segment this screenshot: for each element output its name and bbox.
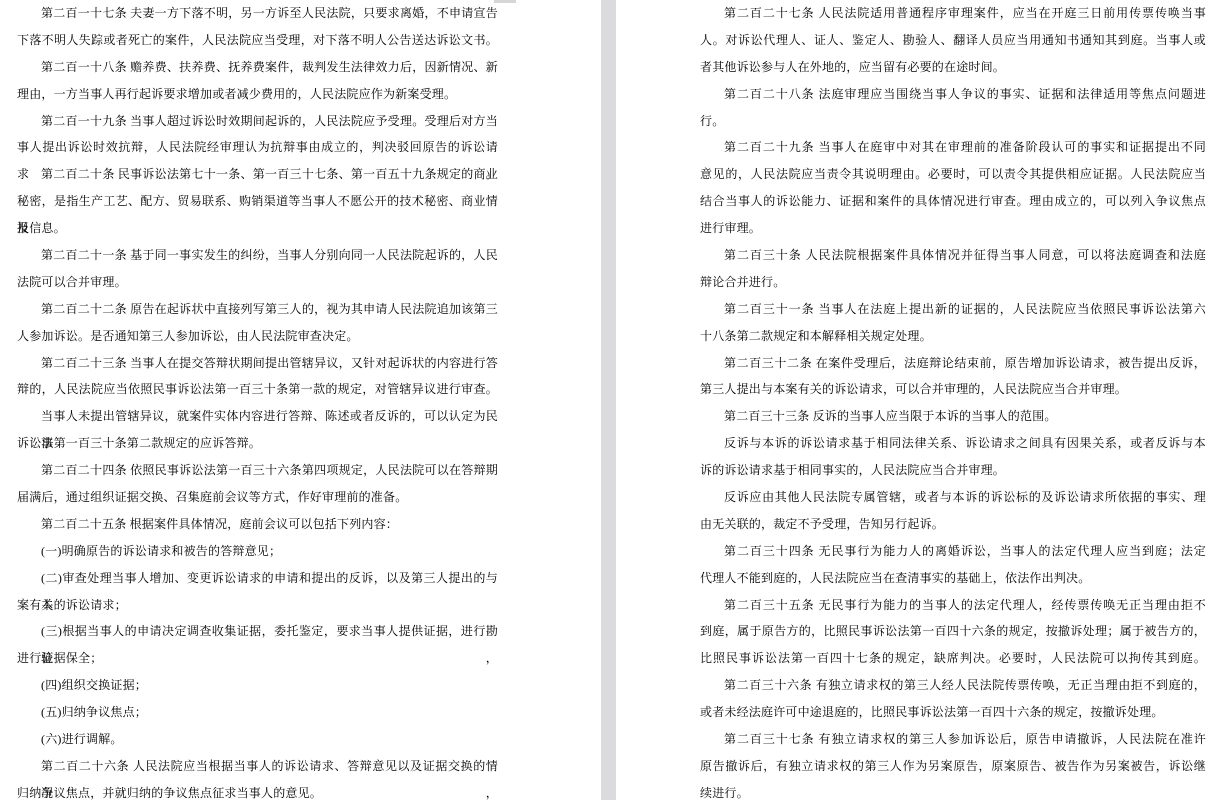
text-line: 第二百三十三条 反诉的当事人应当限于本诉的当事人的范围。 xyxy=(700,403,1206,430)
text-line: (四)组织交换证据； xyxy=(17,672,498,699)
text-line: 第二百二十七条 人民法院适用普通程序审理案件，应当在开庭三日前用传票传唤当事 xyxy=(700,0,1206,27)
text-line: 诉讼法第一百三十条第二款规定的应诉答辩。 xyxy=(17,430,498,457)
page-left-text-column: 第二百一十七条 夫妻一方下落不明，另一方诉至人民法院，只要求离婚，不申请宣告下落… xyxy=(17,0,498,800)
text-line: 意见的，人民法院应当责令其说明理由。必要时，可以责令其提供相应证据。人民法院应当 xyxy=(700,161,1206,188)
text-line: 原告撤诉后，有独立请求权的第三人作为另案原告，原案原告、被告作为另案被告，诉讼继 xyxy=(700,753,1206,780)
text-line: 第二百三十条 人民法院根据案件具体情况并征得当事人同意，可以将法庭调查和法庭 xyxy=(700,242,1206,269)
text-line: (一)明确原告的诉讼请求和被告的答辩意见； xyxy=(17,538,498,565)
ui-fragment-top xyxy=(494,0,516,3)
text-line: 比照民事诉讼法第一百四十七条的规定，缺席判决。必要时，人民法院可以拘传其到庭。 xyxy=(700,645,1206,672)
text-line: 人。对诉讼代理人、证人、鉴定人、勘验人、翻译人员应当用通知书通知其到庭。当事人或 xyxy=(700,27,1206,54)
text-line: 人参加诉讼。是否通知第三人参加诉讼，由人民法院审查决定。 xyxy=(17,323,498,350)
text-line: 代理人不能到庭的，人民法院应当在查清事实的基础上，依法作出判决。 xyxy=(700,565,1206,592)
text-line: 第二百三十一条 当事人在法庭上提出新的证据的，人民法院应当依照民事诉讼法第六 xyxy=(700,296,1206,323)
text-line: 理由，一方当事人再行起诉要求增加或者减少费用的，人民法院应作为新案受理。 xyxy=(17,81,498,108)
text-line: 第二百一十九条 当事人超过诉讼时效期间起诉的，人民法院应予受理。受理后对方当 xyxy=(17,108,498,135)
text-line: 反诉与本诉的诉讼请求基于相同法律关系、诉讼请求之间具有因果关系，或者反诉与本 xyxy=(700,430,1206,457)
text-line: 第二百二十二条 原告在起诉状中直接列写第三人的，视为其申请人民法院追加该第三 xyxy=(17,296,498,323)
text-line: 秘密，是指生产工艺、配方、贸易联系、购销渠道等当事人不愿公开的技术秘密、商业情报 xyxy=(17,188,498,215)
text-line: 届满后，通过组织证据交换、召集庭前会议等方式，作好审理前的准备。 xyxy=(17,484,498,511)
text-line: 行。 xyxy=(700,108,1206,135)
text-line: 及信息。 xyxy=(17,215,498,242)
document-page-right[interactable]: 第二百二十七条 人民法院适用普通程序审理案件，应当在开庭三日前用传票传唤当事人。… xyxy=(616,0,1215,800)
text-line: 第二百三十五条 无民事行为能力的当事人的法定代理人，经传票传唤无正当理由拒不 xyxy=(700,592,1206,619)
text-line: (二)审查处理当事人增加、变更诉讼请求的申请和提出的反诉，以及第三人提出的与本 xyxy=(17,565,498,592)
text-line: 案有关的诉讼请求； xyxy=(17,592,498,619)
document-page-left[interactable]: 第二百一十七条 夫妻一方下落不明，另一方诉至人民法院，只要求离婚，不申请宣告下落… xyxy=(0,0,601,800)
text-line: 者其他诉讼参与人在外地的，应当留有必要的在途时间。 xyxy=(700,54,1206,81)
text-line: 辩论合并进行。 xyxy=(700,269,1206,296)
page-divider xyxy=(601,0,616,800)
text-line: (六)进行调解。 xyxy=(17,726,498,753)
text-line: 第二百三十六条 有独立请求权的第三人经人民法院传票传唤，无正当理由拒不到庭的， xyxy=(700,672,1206,699)
text-line: 事人提出诉讼时效抗辩，人民法院经审理认为抗辩事由成立的，判决驳回原告的诉讼请求。 xyxy=(17,134,498,161)
text-line: 辩的，人民法院应当依照民事诉讼法第一百三十条第一款的规定，对管辖异议进行审查。 xyxy=(17,376,498,403)
text-line: 第二百一十七条 夫妻一方下落不明，另一方诉至人民法院，只要求离婚，不申请宣告 xyxy=(17,0,498,27)
text-line: 下落不明人失踪或者死亡的案件，人民法院应当受理，对下落不明人公告送达诉讼文书。 xyxy=(17,27,498,54)
text-line: 或者未经法庭许可中途退庭的，比照民事诉讼法第一百四十六条的规定，按撤诉处理。 xyxy=(700,699,1206,726)
text-line: 第二百二十五条 根据案件具体情况，庭前会议可以包括下列内容： xyxy=(17,511,498,538)
text-line: 进行审理。 xyxy=(700,215,1206,242)
text-line: (五)归纳争议焦点； xyxy=(17,699,498,726)
text-line: 当事人未提出管辖异议，就案件实体内容进行答辩、陈述或者反诉的，可以认定为民事 xyxy=(17,403,498,430)
text-line: 第二百二十八条 法庭审理应当围绕当事人争议的事实、证据和法律适用等焦点问题进 xyxy=(700,81,1206,108)
text-line: 十八条第二款规定和本解释相关规定处理。 xyxy=(700,323,1206,350)
text-line: 第二百二十条 民事诉讼法第七十一条、第一百三十七条、第一百五十九条规定的商业 xyxy=(17,161,498,188)
text-line: 反诉应由其他人民法院专属管辖，或者与本诉的诉讼标的及诉讼请求所依据的事实、理 xyxy=(700,484,1206,511)
page-right-text-column: 第二百二十七条 人民法院适用普通程序审理案件，应当在开庭三日前用传票传唤当事人。… xyxy=(700,0,1206,800)
text-line: 第二百二十六条 人民法院应当根据当事人的诉讼请求、答辩意见以及证据交换的情况， xyxy=(17,753,498,780)
text-line: 第二百三十七条 有独立请求权的第三人参加诉讼后，原告申请撤诉，人民法院在准许 xyxy=(700,726,1206,753)
text-line: 第二百二十三条 当事人在提交答辩状期间提出管辖异议，又针对起诉状的内容进行答 xyxy=(17,350,498,377)
text-line: 第三人提出与本案有关的诉讼请求，可以合并审理的，人民法院应当合并审理。 xyxy=(700,376,1206,403)
text-line: 由无关联的，裁定不予受理，告知另行起诉。 xyxy=(700,511,1206,538)
text-line: 第二百三十二条 在案件受理后，法庭辩论结束前，原告增加诉讼请求，被告提出反诉， xyxy=(700,350,1206,377)
text-line: 第二百二十四条 依照民事诉讼法第一百三十六条第四项规定，人民法院可以在答辩期 xyxy=(17,457,498,484)
text-line: 第二百二十九条 当事人在庭审中对其在审理前的准备阶段认可的事实和证据提出不同 xyxy=(700,134,1206,161)
text-line: 到庭，属于原告方的，比照民事诉讼法第一百四十六条的规定，按撤诉处理；属于被告方的… xyxy=(700,618,1206,645)
text-line: 续进行。 xyxy=(700,780,1206,800)
text-line: 结合当事人的诉讼能力、证据和案件的具体情况进行审查。理由成立的，可以列入争议焦点 xyxy=(700,188,1206,215)
text-line: 法院可以合并审理。 xyxy=(17,269,498,296)
text-line: (三)根据当事人的申请决定调查收集证据，委托鉴定，要求当事人提供证据，进行勘验， xyxy=(17,618,498,645)
text-line: 第二百三十四条 无民事行为能力人的离婚诉讼，当事人的法定代理人应当到庭；法定 xyxy=(700,538,1206,565)
text-line: 诉的诉讼请求基于相同事实的，人民法院应当合并审理。 xyxy=(700,457,1206,484)
text-line: 第二百一十八条 赡养费、扶养费、抚养费案件，裁判发生法律效力后，因新情况、新 xyxy=(17,54,498,81)
text-line: 第二百二十一条 基于同一事实发生的纠纷，当事人分别向同一人民法院起诉的，人民 xyxy=(17,242,498,269)
